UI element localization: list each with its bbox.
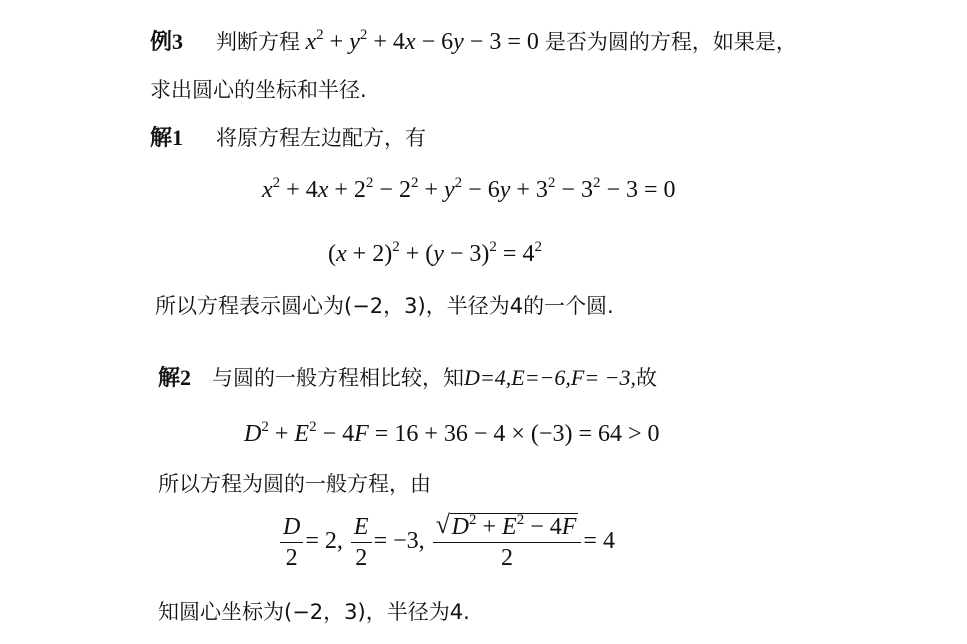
solution2-eq2: D 2 = 2, E 2 = −3, √D2 + E2 − 4F 2 = 4 [278,512,615,573]
solution1-conclusion: 所以方程表示圆心为(−2，3)，半径为4的一个圆. [155,292,614,320]
solution2-conclusion: 知圆心坐标为(−2，3)，半径为4. [158,598,470,626]
sqrt-symbol: √D2 + E2 − 4F [436,512,579,542]
solution2-intro-text: 与圆的一般方程相比较，知 [212,366,464,390]
solution1-eq2: (x + 2)2 + (y − 3)2 = 42 [328,240,542,268]
given-equation: x2 + y2 + 4x − 6y − 3 = 0 [306,29,545,55]
solution2-label: 解2 [158,365,191,390]
solution1-eq1: x2 + 4x + 22 − 22 + y2 − 6y + 32 − 32 − … [262,176,676,204]
solution2-intro-end: 故 [636,366,657,390]
prompt-after: 是否为圆的方程，如果是， [545,30,797,54]
solution2-line2: 所以方程为圆的一般方程，由 [158,470,431,498]
solution1-label: 解1 [150,125,183,150]
example-statement: 例3 判断方程 x2 + y2 + 4x − 6y − 3 = 0 是否为圆的方… [150,28,797,56]
fraction-e-over-2: E 2 [351,512,372,573]
prompt-line2: 求出圆心的坐标和半径. [150,76,367,104]
solution2-coeffs: D=4,E=−6,F= −3, [464,365,636,390]
solution1-intro: 解1 将原方程左边配方，有 [150,124,426,152]
example-label: 例3 [150,29,183,54]
solution2-eq1: D2 + E2 − 4F = 16 + 36 − 4 × (−3) = 64 >… [244,420,660,448]
fraction-radius: √D2 + E2 − 4F 2 [433,512,582,573]
prompt-before: 判断方程 [216,30,300,54]
solution2-intro: 解2 与圆的一般方程相比较，知D=4,E=−6,F= −3,故 [158,364,657,392]
solution1-intro-text: 将原方程左边配方，有 [216,126,426,150]
fraction-d-over-2: D 2 [280,512,303,573]
